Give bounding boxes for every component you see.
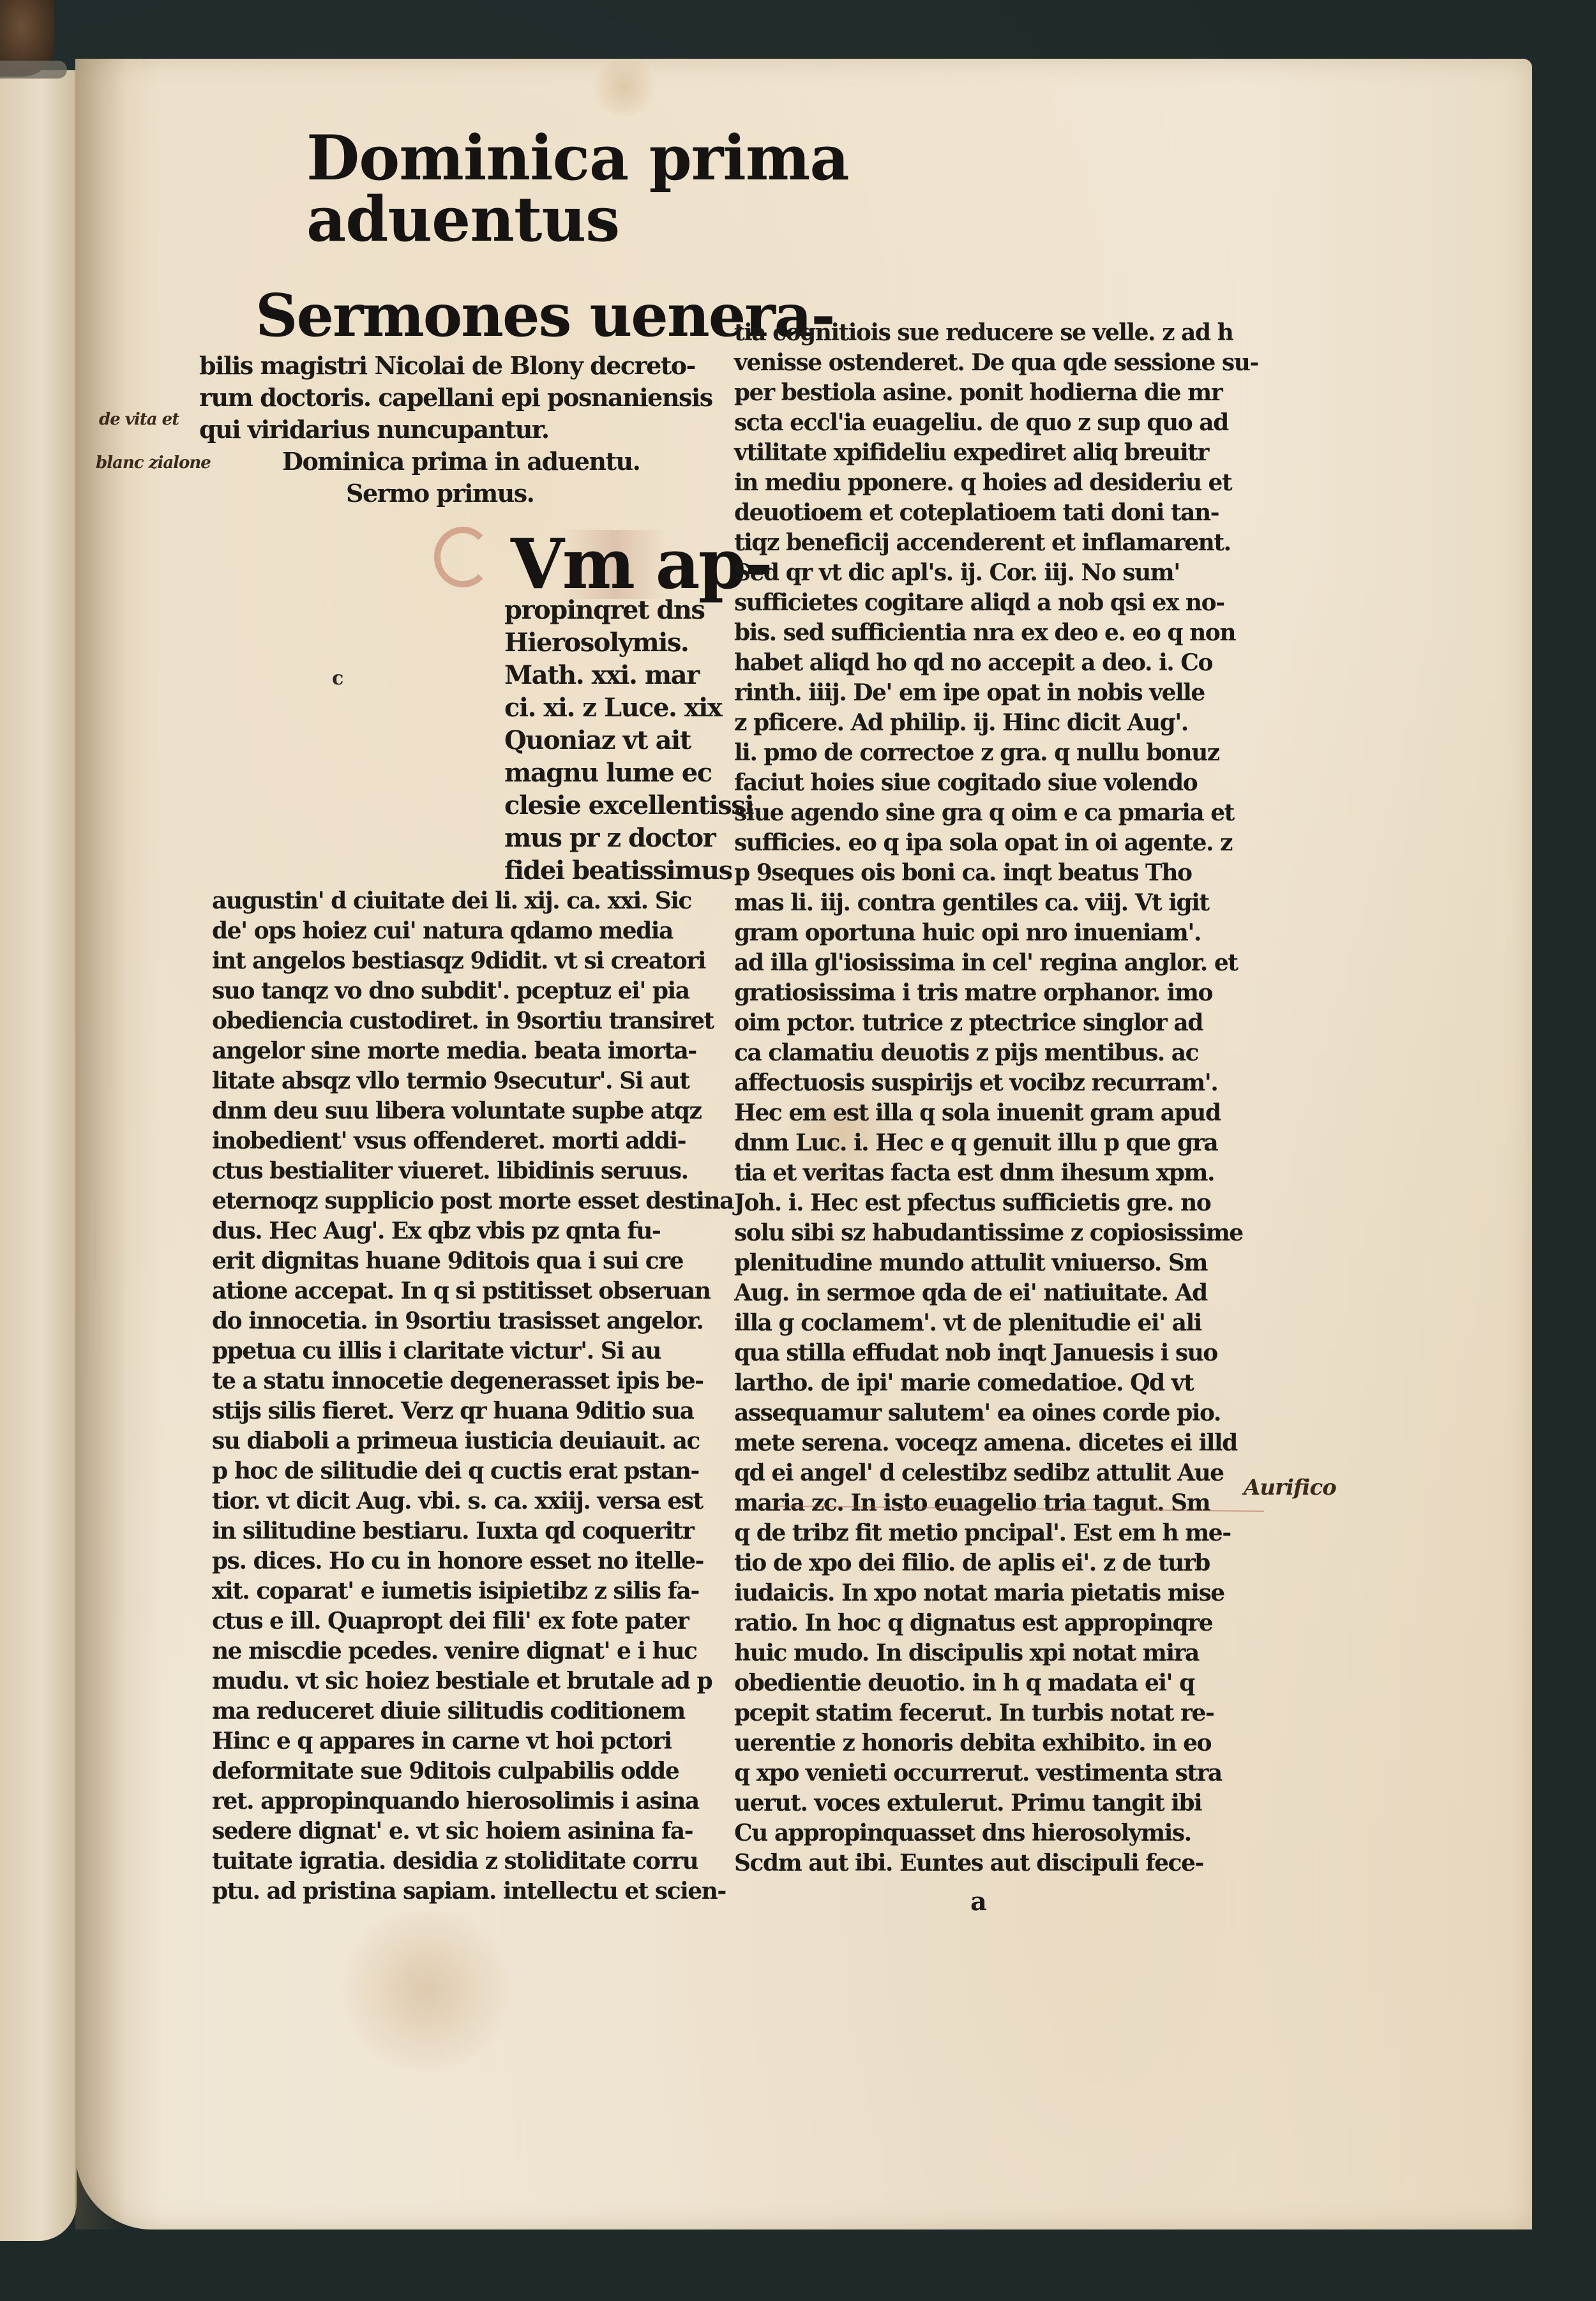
text-line: venisse ostenderet. De qua qde sessione …: [734, 348, 1258, 378]
heading-line: rum doctoris. capellani epi posnaniensis: [199, 382, 712, 414]
text-line: te a statu innocetie degenerasset ipis b…: [212, 1366, 734, 1396]
text-line: sedere dignat' e. vt sic hoiem asinina f…: [212, 1816, 734, 1846]
text-line: fidei beatissimus: [504, 854, 753, 887]
heading-line: bilis magistri Nicolai de Blony decreto-: [199, 350, 712, 382]
text-line: Quoniaz vt ait: [504, 724, 753, 757]
text-line: atione accepat. In q si pstitisset obser…: [212, 1276, 734, 1306]
text-line: ne miscdie pcedes. venire dignat' e i hu…: [212, 1636, 734, 1666]
text-line: qd ei angel' d celestibz sedibz attulit …: [734, 1458, 1258, 1488]
heading-line: qui viridarius nuncupantur.: [199, 414, 712, 446]
text-line: erit dignitas huane 9ditois qua i sui cr…: [212, 1246, 734, 1276]
text-line: tia et veritas facta est dnm ihesum xpm.: [734, 1158, 1258, 1188]
text-line: in mediu pponere. q hoies ad desideriu e…: [734, 468, 1258, 498]
text-line: in silitudine bestiaru. Iuxta qd coqueri…: [212, 1516, 734, 1546]
text-line: deuotioem et coteplatioem tati doni tan-: [734, 498, 1258, 528]
text-line: deformitate sue 9ditois culpabilis odde: [212, 1756, 734, 1786]
text-line: Sed qr vt dic apl's. ij. Cor. iij. No su…: [734, 558, 1258, 588]
text-line: ps. dices. Ho cu in honore esset no itel…: [212, 1546, 734, 1576]
text-line: p 9seques ois boni ca. inqt beatus Tho: [734, 858, 1258, 888]
left-column-narrow: propinqret dns Hierosolymis. Math. xxi. …: [504, 594, 753, 887]
text-line: mas li. iij. contra gentiles ca. viij. V…: [734, 888, 1258, 918]
text-line: oim pctor. tutrice z ptectrice singlor a…: [734, 1008, 1258, 1038]
text-line: pcepit statim fecerut. In turbis notat r…: [734, 1698, 1258, 1728]
text-line: ad illa gl'iosissima in cel' regina angl…: [734, 948, 1258, 978]
text-line: illa g coclamem'. vt de plenitudie ei' a…: [734, 1308, 1258, 1338]
text-line: sufficies. eo q ipa sola opat in oi agen…: [734, 828, 1258, 858]
text-line: tuitate igratia. desidia z stoliditate c…: [212, 1846, 734, 1876]
text-line: ret. appropinquando hierosolimis i asina: [212, 1786, 734, 1816]
text-line: sufficietes cogitare aliqd a nob qsi ex …: [734, 588, 1258, 618]
text-line: li. pmo de correctoe z gra. q nullu bonu…: [734, 738, 1258, 768]
text-line: Hinc e q appares in carne vt hoi pctori: [212, 1726, 734, 1756]
text-line: ci. xi. z Luce. xix: [504, 691, 753, 724]
text-line: obediencia custodiret. in 9sortiu transi…: [212, 1006, 734, 1036]
text-line: tia cognitiois sue reducere se velle. z …: [734, 318, 1258, 348]
text-line: bis. sed sufficientia nra ex deo e. eo q…: [734, 618, 1258, 648]
text-line: lartho. de ipi' marie comedatioe. Qd vt: [734, 1368, 1258, 1398]
text-line: iudaicis. In xpo notat maria pietatis mi…: [734, 1578, 1258, 1608]
text-line: q de tribz fit metio pncipal'. Est em h …: [734, 1518, 1258, 1548]
right-column: tia cognitiois sue reducere se velle. z …: [734, 318, 1258, 1878]
text-line: litate absqz vllo termio 9secutur'. Si a…: [212, 1066, 734, 1096]
text-line: Aug. in sermoe qda de ei' natiuitate. Ad: [734, 1278, 1258, 1308]
text-line: plenitudine mundo attulit vniuerso. Sm: [734, 1248, 1258, 1278]
text-line: faciut hoies siue cogitado siue volendo: [734, 768, 1258, 798]
text-line: propinqret dns: [504, 594, 753, 626]
text-line: qua stilla effudat nob inqt Januesis i s…: [734, 1338, 1258, 1368]
text-line: uerentie z honoris debita exhibito. in e…: [734, 1728, 1258, 1758]
text-line: rinth. iiij. De' em ipe opat in nobis ve…: [734, 678, 1258, 708]
heading-subtitle: Sermo primus.: [199, 478, 712, 509]
text-line: eternoqz supplicio post morte esset dest…: [212, 1186, 734, 1216]
text-line: magnu lume ec: [504, 757, 753, 789]
text-line: tiqz beneficij accenderent et inflamaren…: [734, 528, 1258, 558]
text-line: ratio. In hoc q dignatus est appropinqre: [734, 1608, 1258, 1638]
clasp-base: [0, 61, 67, 79]
text-line: do innocetia. in 9sortiu trasisset angel…: [212, 1306, 734, 1336]
text-line: dnm Luc. i. Hec e q genuit illu p que gr…: [734, 1128, 1258, 1158]
text-line: inobedient' vsus offenderet. morti addi-: [212, 1126, 734, 1156]
text-line: ppetua cu illis i claritate victur'. Si …: [212, 1336, 734, 1366]
text-line: int angelos bestiasqz 9didit. vt si crea…: [212, 946, 734, 976]
rubric-paragraph-mark-icon: [434, 527, 492, 587]
text-line: p hoc de silitudie dei q cuctis erat pst…: [212, 1456, 734, 1486]
text-line: Hierosolymis.: [504, 626, 753, 659]
text-line: habet aliqd ho qd no accepit a deo. i. C…: [734, 648, 1258, 678]
text-line: scta eccl'ia euageliu. de quo z sup quo …: [734, 408, 1258, 438]
text-line: angelor sine morte media. beata imorta-: [212, 1036, 734, 1066]
text-line: stijs silis fieret. Verz qr huana 9ditio…: [212, 1396, 734, 1426]
text-line: uerut. voces extulerut. Primu tangit ibi: [734, 1788, 1258, 1818]
text-line: de' ops hoiez cui' natura qdamo media: [212, 916, 734, 946]
marginal-annotation: blanc zialone: [96, 453, 211, 472]
text-line: affectuosis suspirijs et vocibz recurram…: [734, 1068, 1258, 1098]
text-line: gratiosissima i tris matre orphanor. imo: [734, 978, 1258, 1008]
foxing-stain: [586, 59, 663, 116]
text-line: Scdm aut ibi. Euntes aut discipuli fece-: [734, 1848, 1258, 1878]
text-line: augustin' d ciuitate dei li. xij. ca. xx…: [212, 886, 734, 916]
marginal-annotation: Aurifico: [1244, 1475, 1336, 1500]
text-line: Joh. i. Hec est pfectus sufficietis gre.…: [734, 1188, 1258, 1218]
text-line: su diaboli a primeua iusticia deuiauit. …: [212, 1426, 734, 1456]
verso-page-edge: [0, 70, 77, 2241]
gutter-shadow: [75, 59, 126, 2229]
foxing-stain: [331, 1910, 522, 2070]
text-line: solu sibi sz habudantissime z copiosissi…: [734, 1218, 1258, 1248]
signature-mark: a: [970, 1887, 987, 1917]
text-line: dus. Hec Aug'. Ex qbz vbis pz qnta fu-: [212, 1216, 734, 1246]
text-line: huic mudo. In discipulis xpi notat mira: [734, 1638, 1258, 1668]
text-line: per bestiola asine. ponit hodierna die m…: [734, 378, 1258, 408]
marginal-annotation: de vita et: [99, 410, 179, 429]
text-line: Math. xxi. mar: [504, 659, 753, 691]
text-line: ctus bestialiter viueret. libidinis seru…: [212, 1156, 734, 1186]
text-line: clesie excellentissi: [504, 789, 753, 822]
text-line: suo tanqz vo dno subdit'. pceptuz ei' pi…: [212, 976, 734, 1006]
text-line: mus pr z doctor: [504, 822, 753, 854]
text-line: siue agendo sine gra q oim e ca pmaria e…: [734, 798, 1258, 828]
text-line: q xpo venieti occurrerut. vestimenta str…: [734, 1758, 1258, 1788]
text-line: ctus e ill. Quapropt dei fili' ex fote p…: [212, 1606, 734, 1636]
left-column: augustin' d ciuitate dei li. xij. ca. xx…: [212, 886, 734, 1906]
text-line: maria zc. In isto euagelio tria tagut. S…: [734, 1488, 1258, 1518]
text-line: ma reduceret diuie silitudis coditionem: [212, 1696, 734, 1726]
text-line: tio de xpo dei filio. de aplis ei'. z de…: [734, 1548, 1258, 1578]
heading-block: bilis magistri Nicolai de Blony decreto-…: [199, 350, 712, 509]
text-line: Cu appropinquasset dns hierosolymis.: [734, 1818, 1258, 1848]
text-line: z pficere. Ad philip. ij. Hinc dicit Aug…: [734, 708, 1258, 738]
text-line: mudu. vt sic hoiez bestiale et brutale a…: [212, 1666, 734, 1696]
heading-subtitle: Dominica prima in aduentu.: [199, 446, 712, 478]
text-line: Hec em est illa q sola inuenit gram apud: [734, 1098, 1258, 1128]
printer-guide-letter: c: [332, 667, 343, 690]
text-line: xit. coparat' e iumetis isipietibz z sil…: [212, 1576, 734, 1606]
text-line: ptu. ad pristina sapiam. intellectu et s…: [212, 1876, 734, 1906]
text-line: assequamur salutem' ea oines corde pio.: [734, 1398, 1258, 1428]
text-line: tior. vt dicit Aug. vbi. s. ca. xxiij. v…: [212, 1486, 734, 1516]
text-line: vtilitate xpifideliu expediret aliq breu…: [734, 438, 1258, 468]
running-head: Dominica prima aduentus: [306, 128, 1136, 250]
text-line: ca clamatiu deuotis z pijs mentibus. ac: [734, 1038, 1258, 1068]
text-line: dnm deu suu libera voluntate supbe atqz: [212, 1096, 734, 1126]
text-line: obedientie deuotio. in h q madata ei' q: [734, 1668, 1258, 1698]
text-line: mete serena. voceqz amena. dicetes ei il…: [734, 1428, 1258, 1458]
text-line: gram oportuna huic opi nro inueniam'.: [734, 918, 1258, 948]
decorated-initial: Vm ap-: [511, 530, 771, 599]
